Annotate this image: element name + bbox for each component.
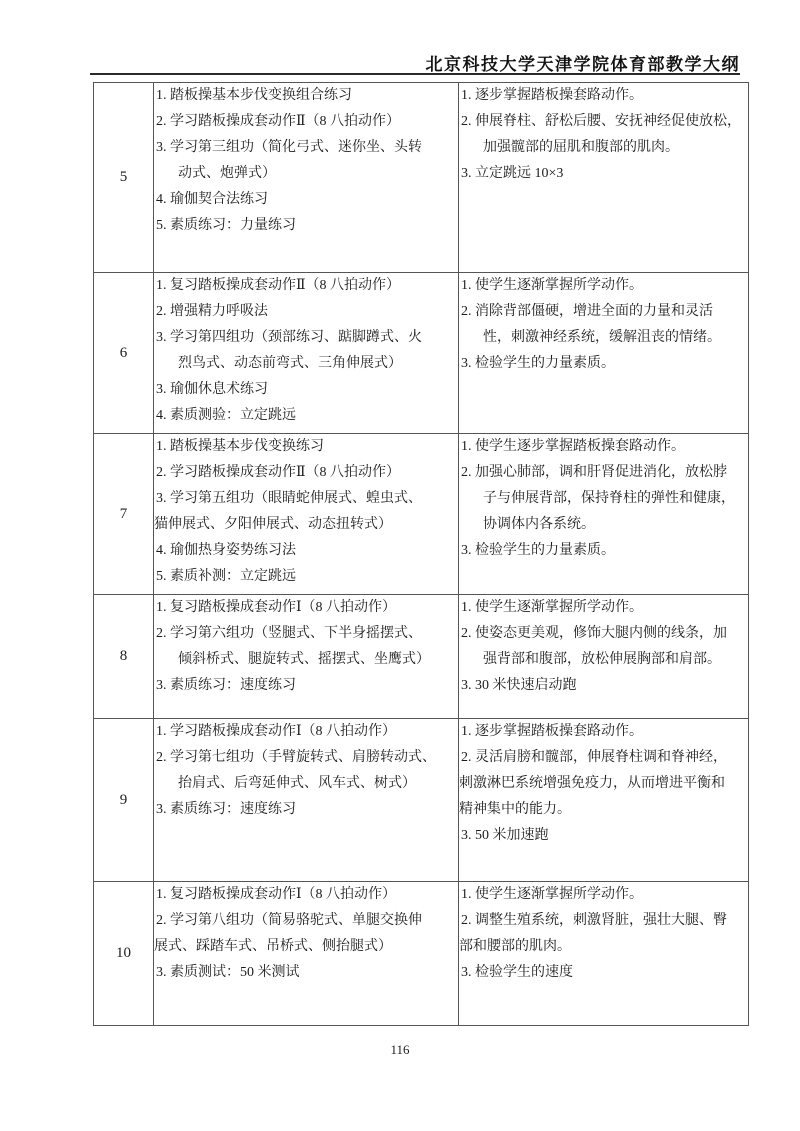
activity-line: 1. 踏板操基本步伐变换练习 [154,434,458,460]
activity-line: 4. 瑜伽契合法练习 [154,187,458,213]
activity-line: 2. 学习第六组功（竖腿式、下半身摇摆式、 [154,621,458,647]
week-number-cell: 7 [94,434,154,595]
activity-line: 抬肩式、后弯延伸式、风车式、树式） [154,771,458,797]
objective-line: 协调体内各系统。 [459,512,748,538]
objective-line: 1. 逐步掌握踏板操套路动作。 [459,719,748,745]
activity-line: 1. 复习踏板操成套动作Ⅰ（8 八拍动作） [154,882,458,908]
objectives-cell: 1. 逐步掌握踏板操套路动作。2. 灵活肩膀和髋部，伸展脊柱调和脊神经，刺激淋巴… [459,719,749,882]
activity-line: 1. 学习踏板操成套动作Ⅰ（8 八拍动作） [154,719,458,745]
activity-line: 3. 学习第四组功（颈部练习、踮脚蹲式、火 [154,325,458,351]
header-divider-rule [90,73,740,75]
activity-line: 3. 素质练习：速度练习 [154,797,458,823]
activity-line: 4. 瑜伽热身姿势练习法 [154,538,458,564]
objectives-cell: 1. 使学生逐渐掌握所学动作。2. 使姿态更美观，修饰大腿内侧的线条，加强背部和… [459,595,749,719]
document-header-title: 北京科技大学天津学院体育部教学大纲 [426,50,741,75]
activity-line: 1. 复习踏板操成套动作Ⅰ（8 八拍动作） [154,595,458,621]
week-number-cell: 5 [94,83,154,273]
activity-line: 3. 素质测试：50 米测试 [154,960,458,986]
objectives-cell: 1. 使学生逐渐掌握所学动作。2. 调整生殖系统，刺激肾脏，强壮大腿、臀部和腰部… [459,882,749,1026]
objective-line: 2. 调整生殖系统，刺激肾脏，强壮大腿、臀 [459,908,748,934]
table-row: 51. 踏板操基本步伐变换组合练习2. 学习踏板操成套动作Ⅱ（8 八拍动作）3.… [94,83,749,273]
activity-line: 烈鸟式、动态前弯式、三角伸展式） [154,351,458,377]
schedule-table-body: 51. 踏板操基本步伐变换组合练习2. 学习踏板操成套动作Ⅱ（8 八拍动作）3.… [94,83,749,1026]
activity-line: 3. 学习第三组功（简化弓式、迷你坐、头转 [154,135,458,161]
objective-line: 3. 检验学生的力量素质。 [459,351,748,377]
objective-line: 3. 30 米快速启动跑 [459,673,748,699]
activity-line: 1. 复习踏板操成套动作Ⅱ（8 八拍动作） [154,273,458,299]
week-number-cell: 10 [94,882,154,1026]
objective-line: 3. 立定跳远 10×3 [459,161,748,187]
objective-line: 精神集中的能力。 [459,797,748,823]
activity-line: 2. 学习第七组功（手臂旋转式、肩膀转动式、 [154,745,458,771]
objectives-cell: 1. 使学生逐步掌握踏板操套路动作。2. 加强心肺部，调和肝肾促进消化，放松脖子… [459,434,749,595]
objective-line: 2. 消除背部僵硬，增进全面的力量和灵活 [459,299,748,325]
activities-cell: 1. 复习踏板操成套动作Ⅰ（8 八拍动作）2. 学习第八组功（简易骆驼式、单腿交… [154,882,459,1026]
activity-line: 4. 素质测验：立定跳远 [154,403,458,429]
activity-line: 2. 学习踏板操成套动作Ⅱ（8 八拍动作） [154,109,458,135]
activity-line: 2. 学习踏板操成套动作Ⅱ（8 八拍动作） [154,460,458,486]
week-number-cell: 8 [94,595,154,719]
objective-line: 3. 检验学生的力量素质。 [459,538,748,564]
activity-line: 5. 素质练习：力量练习 [154,213,458,239]
activity-line: 倾斜桥式、腿旋转式、摇摆式、坐鹰式） [154,647,458,673]
table-row: 71. 踏板操基本步伐变换练习2. 学习踏板操成套动作Ⅱ（8 八拍动作）3. 学… [94,434,749,595]
activities-cell: 1. 踏板操基本步伐变换练习2. 学习踏板操成套动作Ⅱ（8 八拍动作）3. 学习… [154,434,459,595]
activity-line: 展式、踩踏车式、吊桥式、侧抬腿式） [154,934,458,960]
objective-line: 1. 使学生逐渐掌握所学动作。 [459,882,748,908]
syllabus-schedule-table: 51. 踏板操基本步伐变换组合练习2. 学习踏板操成套动作Ⅱ（8 八拍动作）3.… [93,82,749,1026]
activities-cell: 1. 复习踏板操成套动作Ⅰ（8 八拍动作）2. 学习第六组功（竖腿式、下半身摇摆… [154,595,459,719]
objective-line: 3. 检验学生的速度 [459,960,748,986]
page-number: 116 [0,1042,800,1058]
table-row: 91. 学习踏板操成套动作Ⅰ（8 八拍动作）2. 学习第七组功（手臂旋转式、肩膀… [94,719,749,882]
table-row: 61. 复习踏板操成套动作Ⅱ（8 八拍动作）2. 增强精力呼吸法3. 学习第四组… [94,273,749,434]
objective-line: 2. 加强心肺部，调和肝肾促进消化，放松脖 [459,460,748,486]
activity-line: 动式、炮弹式） [154,161,458,187]
table-row: 101. 复习踏板操成套动作Ⅰ（8 八拍动作）2. 学习第八组功（简易骆驼式、单… [94,882,749,1026]
table-row: 81. 复习踏板操成套动作Ⅰ（8 八拍动作）2. 学习第六组功（竖腿式、下半身摇… [94,595,749,719]
objective-line: 2. 灵活肩膀和髋部，伸展脊柱调和脊神经， [459,745,748,771]
activity-line: 3. 素质练习：速度练习 [154,673,458,699]
activity-line: 2. 增强精力呼吸法 [154,299,458,325]
activities-cell: 1. 复习踏板操成套动作Ⅱ（8 八拍动作）2. 增强精力呼吸法3. 学习第四组功… [154,273,459,434]
objective-line: 1. 逐步掌握踏板操套路动作。 [459,83,748,109]
document-page: 北京科技大学天津学院体育部教学大纲 51. 踏板操基本步伐变换组合练习2. 学习… [0,0,800,1131]
objective-line: 1. 使学生逐步掌握踏板操套路动作。 [459,434,748,460]
objective-line: 加强髋部的屈肌和腹部的肌肉。 [459,135,748,161]
objective-line: 2. 伸展脊柱、舒松后腰、安抚神经促使放松， [459,109,748,135]
objectives-cell: 1. 使学生逐渐掌握所学动作。2. 消除背部僵硬，增进全面的力量和灵活性，刺激神… [459,273,749,434]
activity-line: 3. 学习第五组功（眼睛蛇伸展式、蝗虫式、 [154,486,458,512]
objective-line: 强背部和腹部，放松伸展胸部和肩部。 [459,647,748,673]
objective-line: 1. 使学生逐渐掌握所学动作。 [459,595,748,621]
activity-line: 2. 学习第八组功（简易骆驼式、单腿交换伸 [154,908,458,934]
objectives-cell: 1. 逐步掌握踏板操套路动作。2. 伸展脊柱、舒松后腰、安抚神经促使放松，加强髋… [459,83,749,273]
activity-line: 猫伸展式、夕阳伸展式、动态扭转式） [154,512,458,538]
activity-line: 5. 素质补测：立定跳远 [154,564,458,590]
activities-cell: 1. 踏板操基本步伐变换组合练习2. 学习踏板操成套动作Ⅱ（8 八拍动作）3. … [154,83,459,273]
activity-line: 1. 踏板操基本步伐变换组合练习 [154,83,458,109]
activity-line: 3. 瑜伽休息术练习 [154,377,458,403]
objective-line: 子与伸展背部，保持脊柱的弹性和健康， [459,486,748,512]
objective-line: 刺激淋巴系统增强免疫力，从而增进平衡和 [459,771,748,797]
week-number-cell: 6 [94,273,154,434]
objective-line: 部和腰部的肌肉。 [459,934,748,960]
objective-line: 性，刺激神经系统，缓解沮丧的情绪。 [459,325,748,351]
objective-line: 2. 使姿态更美观，修饰大腿内侧的线条，加 [459,621,748,647]
objective-line: 3. 50 米加速跑 [459,823,748,849]
objective-line: 1. 使学生逐渐掌握所学动作。 [459,273,748,299]
week-number-cell: 9 [94,719,154,882]
activities-cell: 1. 学习踏板操成套动作Ⅰ（8 八拍动作）2. 学习第七组功（手臂旋转式、肩膀转… [154,719,459,882]
